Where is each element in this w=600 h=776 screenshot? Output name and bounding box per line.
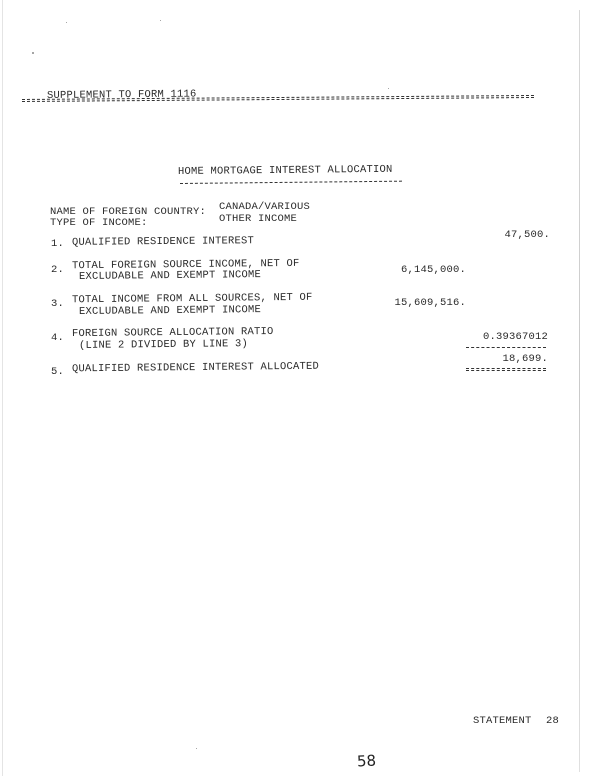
line-number: 2. [51,264,64,276]
subtotal-rule [466,347,546,348]
line-value: 47,500. [470,229,550,241]
scan-speck [66,22,67,23]
scan-edge-right [579,10,580,772]
scan-speck [388,88,389,89]
line-value: 18,699. [462,353,548,365]
statement-label: STATEMENT [473,715,532,727]
handwritten-page-number: 58 [357,752,377,771]
income-type-value: OTHER INCOME [219,213,297,225]
document-page: SUPPLEMENT TO FORM 1116 HOME MORTGAGE IN… [0,0,600,776]
statement-number: 28 [546,715,559,727]
line-label-continued: (LINE 2 DIVIDED BY LINE 3) [79,338,248,352]
total-double-rule [466,368,546,371]
section-title: HOME MORTGAGE INTEREST ALLOCATION [178,164,393,178]
line-label-continued: EXCLUDABLE AND EXEMPT INCOME [79,304,261,318]
line-value: 15,609,516. [370,297,466,309]
scan-speck [160,20,161,21]
scan-speck [32,52,34,54]
line-number: 5. [51,366,64,378]
scan-speck [196,748,197,749]
scan-edge-left [2,0,3,776]
line-label: QUALIFIED RESIDENCE INTEREST [72,235,254,249]
line-value: 0.39367012 [462,331,548,343]
country-value: CANADA/VARIOUS [219,201,310,213]
line-value: 6,145,000. [370,264,466,276]
section-title-underline [180,181,402,184]
line-label: QUALIFIED RESIDENCE INTEREST ALLOCATED [72,361,319,376]
line-number: 4. [51,332,64,344]
line-number: 3. [51,298,64,310]
line-number: 1. [51,238,64,250]
line-label-continued: EXCLUDABLE AND EXEMPT INCOME [79,269,261,283]
income-type-label: TYPE OF INCOME: [50,217,148,229]
